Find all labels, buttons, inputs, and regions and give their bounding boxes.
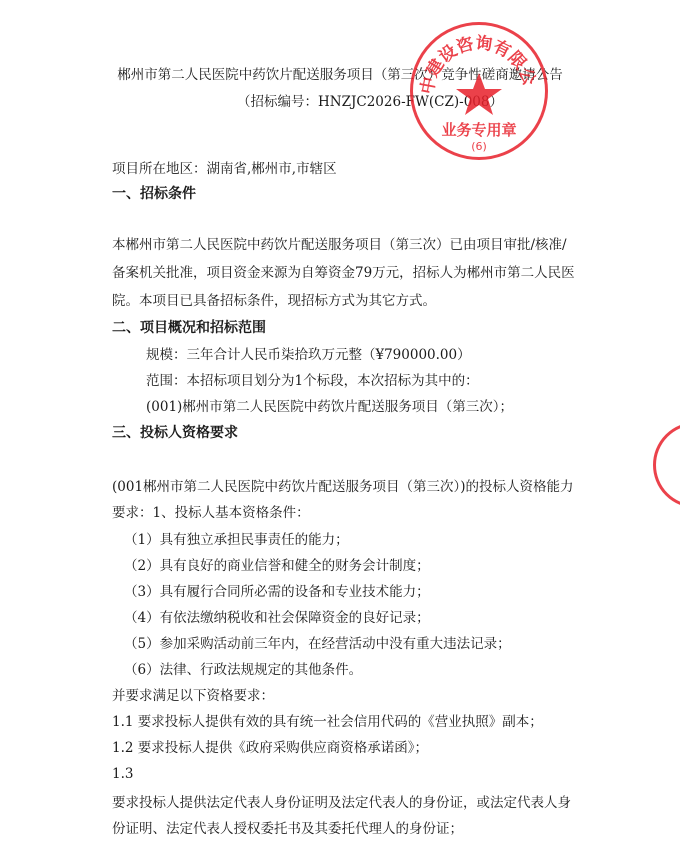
partial-seal xyxy=(653,422,680,508)
paragraph-line: 要求：1、投标人基本资格条件： xyxy=(112,504,310,522)
project-scale: 规模：三年合计人民币柒拾玖万元整（¥790000.00） xyxy=(146,346,471,364)
additional-intro: 并要求满足以下资格要求： xyxy=(112,687,274,705)
condition-item: （3）具有履行合同所必需的设备和专业技术能力； xyxy=(124,583,430,601)
project-lot: (001)郴州市第二人民医院中药饮片配送服务项目（第三次）； xyxy=(146,398,513,416)
paragraph-line: (001郴州市第二人民医院中药饮片配送服务项目（第三次）)的投标人资格能力 xyxy=(112,478,574,496)
condition-item: （6）法律、行政法规规定的其他条件。 xyxy=(124,661,362,679)
project-scope: 范围：本招标项目划分为1个标段，本次招标为其中的： xyxy=(146,372,479,390)
svg-text:中建设咨询有限公司: 中建设咨询有限公司 xyxy=(413,25,539,96)
paragraph-line: 本郴州市第二人民医院中药饮片配送服务项目（第三次）已由项目审批/核准/ xyxy=(112,236,567,254)
seal-star-icon: 中建设咨询有限公司 业务专用章 (6) xyxy=(413,25,545,157)
company-seal: 中建设咨询有限公司 业务专用章 (6) xyxy=(410,22,548,160)
document-page: 郴州市第二人民医院中药饮片配送服务项目（第三次）竞争性磋商邀请公告 （招标编号：… xyxy=(0,0,680,852)
svg-text:(6): (6) xyxy=(471,140,487,153)
svg-text:业务专用章: 业务专用章 xyxy=(441,121,516,139)
section-heading-2: 二、项目概况和招标范围 xyxy=(112,319,266,337)
paragraph-line: 份证明、法定代表人授权委托书及其委托代理人的身份证； xyxy=(112,820,463,838)
paragraph-line: 院。本项目已具备招标条件，现招标方式为其它方式。 xyxy=(112,292,436,310)
section-heading-3: 三、投标人资格要求 xyxy=(112,424,238,442)
condition-item: （2）具有良好的商业信誉和健全的财务会计制度； xyxy=(124,557,430,575)
paragraph-line: 要求投标人提供法定代表人身份证明及法定代表人的身份证，或法定代表人身 xyxy=(112,794,571,812)
tender-number: （招标编号：HNZJC2026-FW(CZ)-008） xyxy=(30,93,680,111)
paragraph-line: 备案机关批准，项目资金来源为自筹资金79万元，招标人为郴州市第二人民医 xyxy=(112,264,575,282)
section-heading-1: 一、招标条件 xyxy=(112,185,196,203)
requirement-item: 1.2 要求投标人提供《政府采购供应商资格承诺函》； xyxy=(112,739,428,757)
seal-arc-text: 中建设咨询有限公司 xyxy=(413,25,539,96)
condition-item: （4）有依法缴纳税收和社会保障资金的良好记录； xyxy=(124,609,430,627)
requirement-item: 1.1 要求投标人提供有效的具有统一社会信用代码的《营业执照》副本； xyxy=(112,713,543,731)
project-region: 项目所在地区：湖南省,郴州市,市辖区 xyxy=(112,160,337,178)
document-title: 郴州市第二人民医院中药饮片配送服务项目（第三次）竞争性磋商邀请公告 xyxy=(0,66,680,84)
condition-item: （1）具有独立承担民事责任的能力； xyxy=(124,531,349,549)
requirement-item: 1.3 xyxy=(112,765,133,783)
condition-item: （5）参加采购活动前三年内，在经营活动中没有重大违法记录； xyxy=(124,635,511,653)
